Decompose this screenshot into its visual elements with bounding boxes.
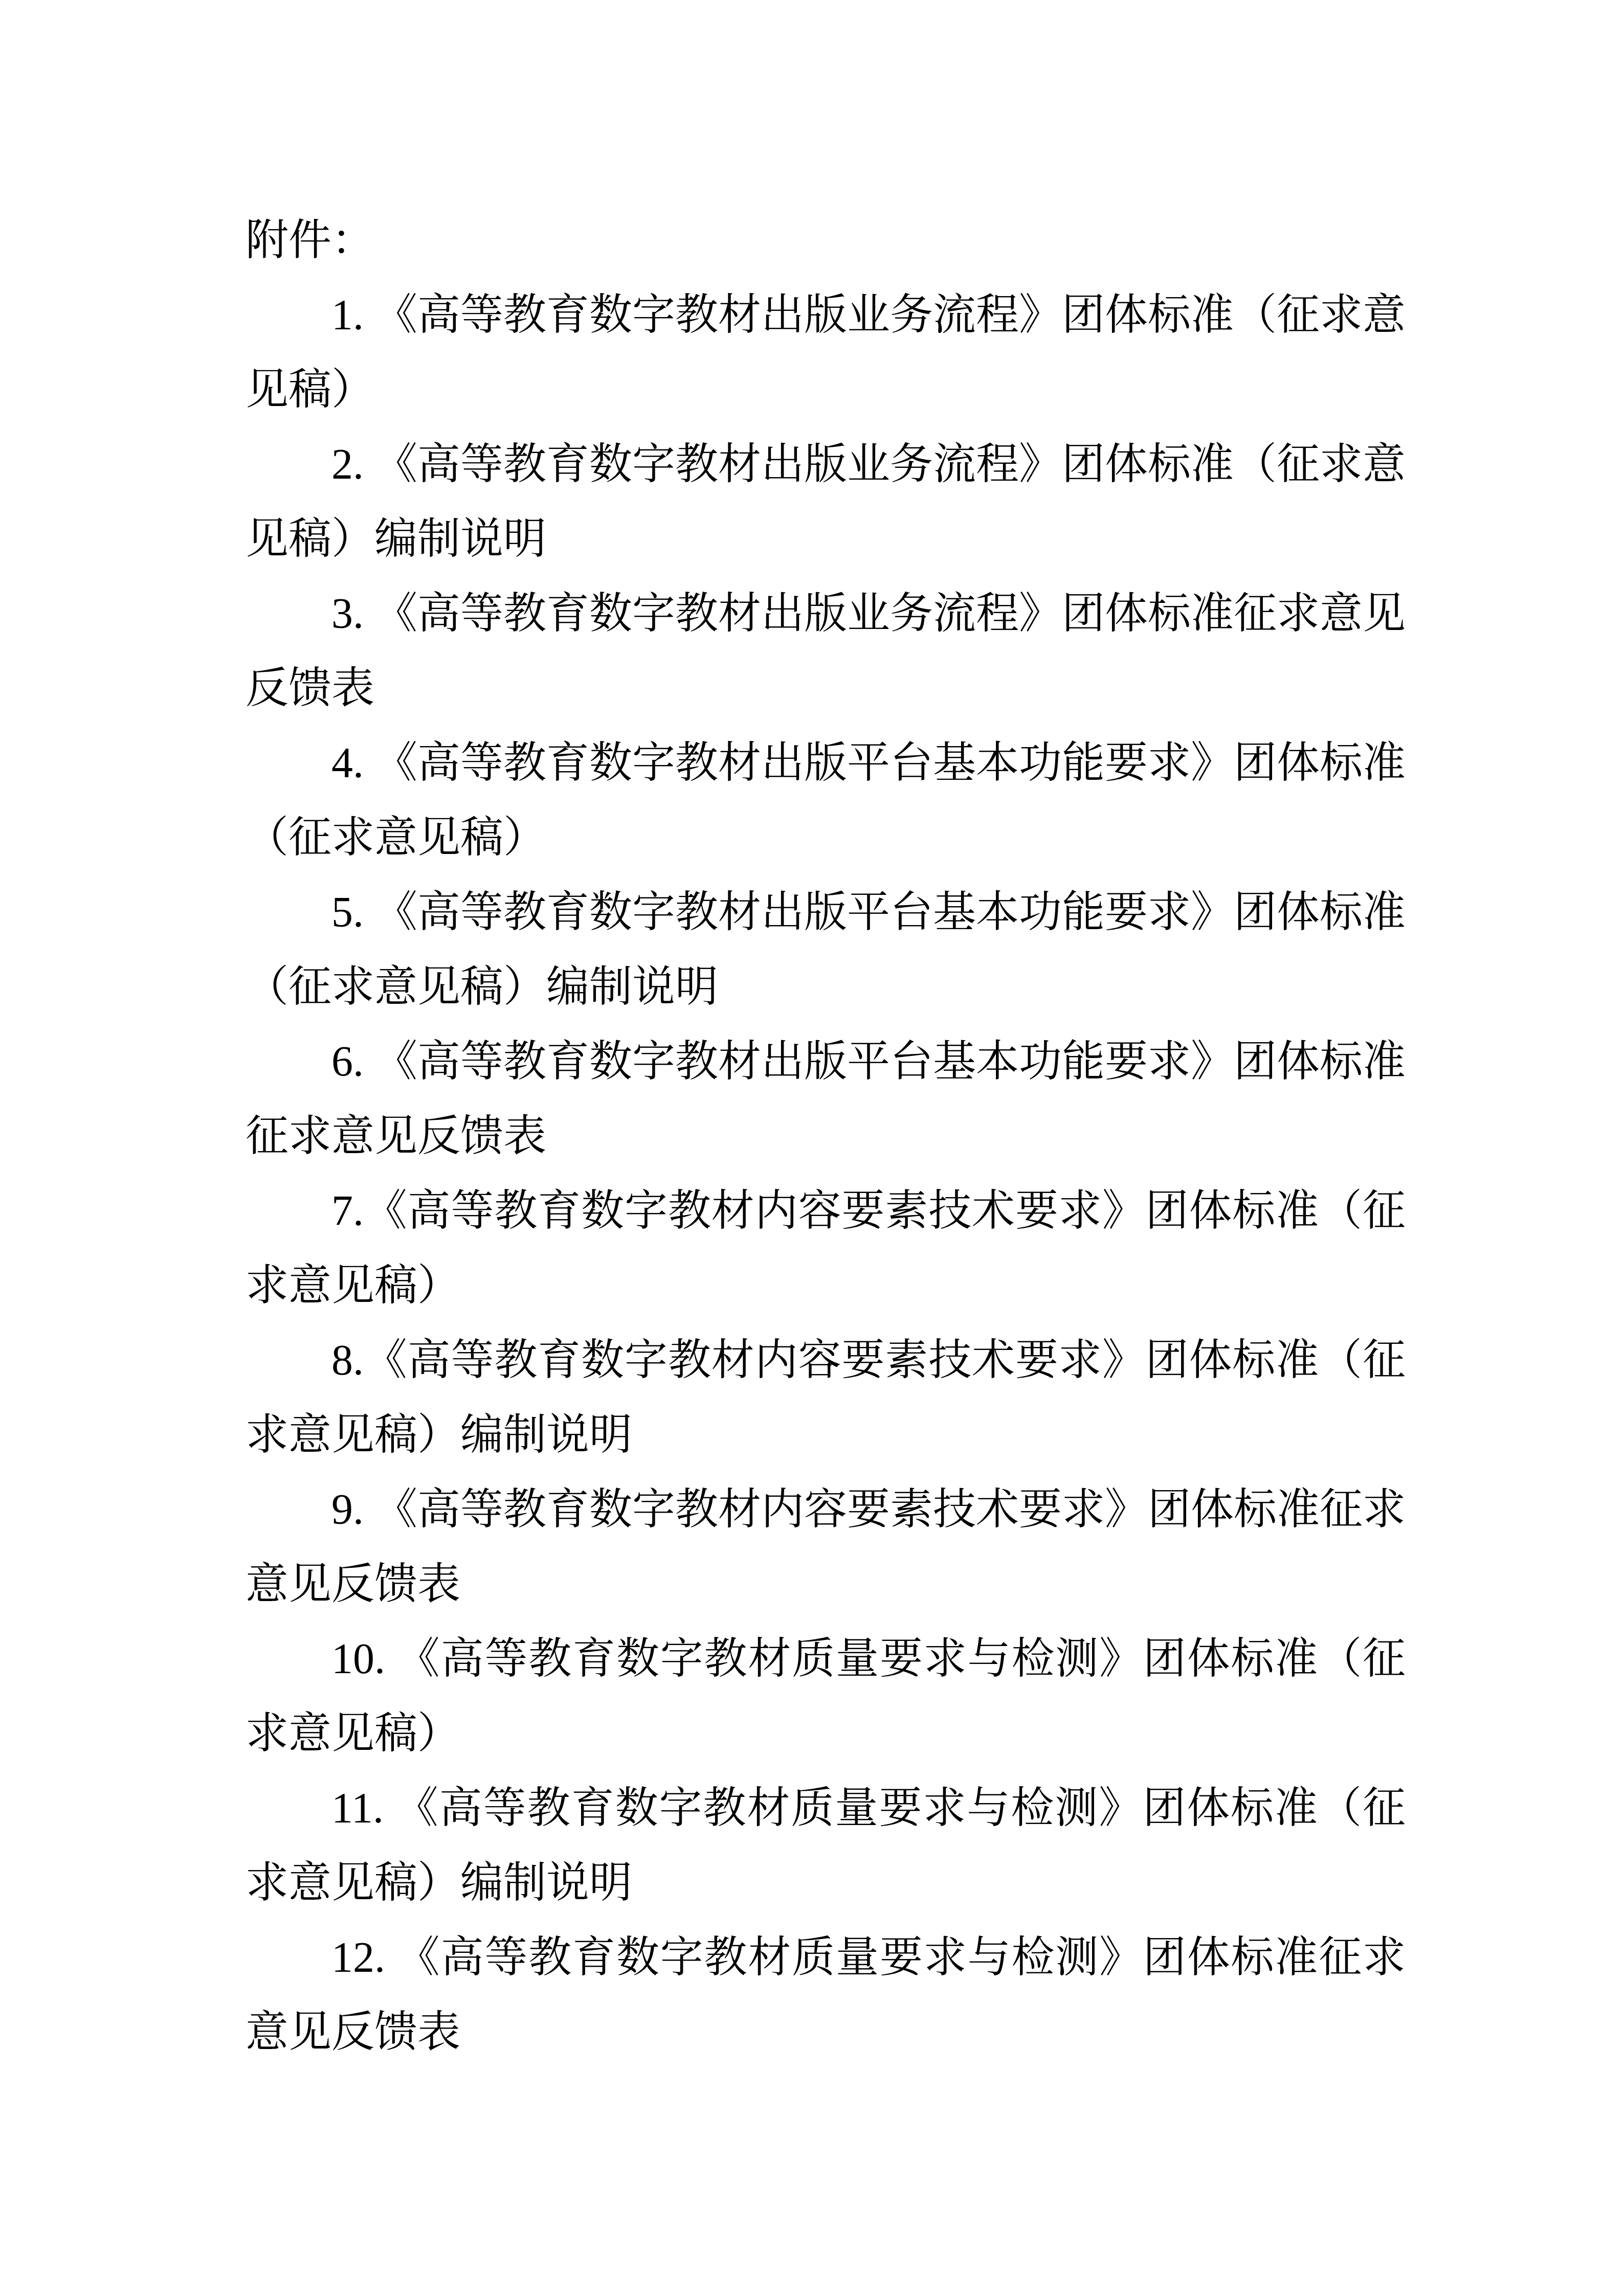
attachment-item: 12. 《高等教育数字教材质量要求与检测》团体标准征求意见反馈表	[246, 1921, 1406, 2070]
attachment-item: 10. 《高等教育数字教材质量要求与检测》团体标准（征求意见稿）	[246, 1622, 1406, 1771]
attachment-item: 5. 《高等教育数字教材出版平台基本功能要求》团体标准（征求意见稿）编制说明	[246, 875, 1406, 1025]
attachment-item: 2. 《高等教育数字教材出版业务流程》团体标准（征求意见稿）编制说明	[246, 427, 1406, 577]
attachments-heading: 附件：	[246, 204, 1406, 278]
attachment-item: 11. 《高等教育数字教材质量要求与检测》团体标准（征求意见稿）编制说明	[246, 1771, 1406, 1921]
attachment-item: 6. 《高等教育数字教材出版平台基本功能要求》团体标准征求意见反馈表	[246, 1025, 1406, 1174]
attachment-item: 7.《高等教育数字教材内容要素技术要求》团体标准（征求意见稿）	[246, 1174, 1406, 1323]
attachment-item: 9. 《高等教育数字教材内容要素技术要求》团体标准征求意见反馈表	[246, 1473, 1406, 1622]
attachment-item: 8.《高等教育数字教材内容要素技术要求》团体标准（征求意见稿）编制说明	[246, 1323, 1406, 1473]
attachment-item: 1. 《高等教育数字教材出版业务流程》团体标准（征求意见稿）	[246, 278, 1406, 427]
attachment-item: 4. 《高等教育数字教材出版平台基本功能要求》团体标准（征求意见稿）	[246, 726, 1406, 875]
document-page: 附件： 1. 《高等教育数字教材出版业务流程》团体标准（征求意见稿）2. 《高等…	[0, 0, 1624, 2296]
attachment-item: 3. 《高等教育数字教材出版业务流程》团体标准征求意见反馈表	[246, 577, 1406, 726]
attachments-list: 1. 《高等教育数字教材出版业务流程》团体标准（征求意见稿）2. 《高等教育数字…	[246, 278, 1406, 2070]
